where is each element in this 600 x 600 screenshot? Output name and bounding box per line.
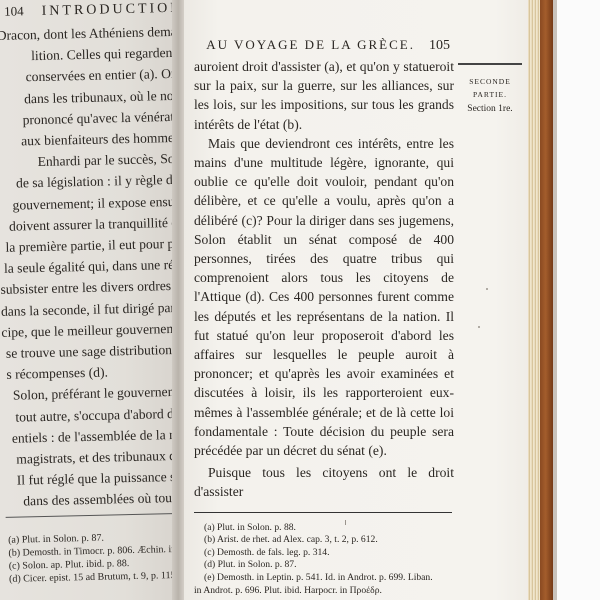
margin-note: SECONDE PARTIE. Section 1re. xyxy=(457,63,523,117)
paragraph: Puisque tous les citoyens ont le droit d… xyxy=(194,463,454,501)
left-page-number: 104 xyxy=(4,3,24,18)
right-footnotes: (a) Plut. in Solon. p. 88. (b) Arist. de… xyxy=(194,522,454,598)
paper-speck xyxy=(486,288,488,290)
footnote: (a) Plut. in Solon. p. 88. xyxy=(194,522,454,535)
cover-shadow xyxy=(553,0,557,600)
margin-note-section: Section 1re. xyxy=(457,101,523,117)
footnote: (c) Demosth. de fals. leg. p. 314. xyxy=(194,547,454,560)
paragraph: auroient droit d'assister (a), et qu'on … xyxy=(194,57,454,134)
left-page: 104INTRODUCTION Dracon, dont les Athénie… xyxy=(0,0,178,600)
paper-speck xyxy=(478,326,480,328)
left-running-head: 104INTRODUCTION xyxy=(4,0,178,21)
page-edges xyxy=(528,0,540,600)
right-running-title: AU VOYAGE DE LA GRÈCE. xyxy=(206,37,415,52)
left-body-text: Dracon, dont les Athéniens demandè litio… xyxy=(0,20,178,513)
right-page-content: AU VOYAGE DE LA GRÈCE.105 auroient droit… xyxy=(194,37,454,597)
left-page-content: 104INTRODUCTION Dracon, dont les Athénie… xyxy=(0,0,178,586)
margin-note-rule xyxy=(458,63,522,67)
right-body-text: auroient droit d'assister (a), et qu'on … xyxy=(194,57,454,502)
text-line: dans des assemblées où tous les ci xyxy=(5,486,178,512)
right-footnote-rule xyxy=(194,512,452,513)
paper-speck xyxy=(345,520,346,525)
open-book: 104INTRODUCTION Dracon, dont les Athénie… xyxy=(0,0,600,600)
footnote-continuation: in Androt. p. 696. Plut. ibid. Harpocr. … xyxy=(194,585,454,598)
footnote: (b) Arist. de rhet. ad Alex. cap. 3, t. … xyxy=(194,534,454,547)
right-running-head: AU VOYAGE DE LA GRÈCE.105 xyxy=(194,37,450,54)
left-running-title: INTRODUCTION xyxy=(42,1,178,19)
book-cover-edge xyxy=(540,0,554,600)
margin-note-part: SECONDE xyxy=(457,75,523,88)
text-line: se trouve une sage distribution des pe xyxy=(2,338,178,364)
right-page-number: 105 xyxy=(429,38,450,53)
footnote: (d) Plut. in Solon. p. 87. xyxy=(194,559,454,572)
paragraph: Mais que deviendront ces intérêts, entre… xyxy=(194,134,454,460)
margin-note-part-label: PARTIE. xyxy=(457,88,523,101)
left-footnote-rule xyxy=(6,512,178,518)
left-footnotes: (a) Plut. in Solon. p. 87. (b) Demosth. … xyxy=(6,528,178,586)
footnote: (e) Demosth. in Leptin. p. 541. Id. in A… xyxy=(194,572,454,585)
